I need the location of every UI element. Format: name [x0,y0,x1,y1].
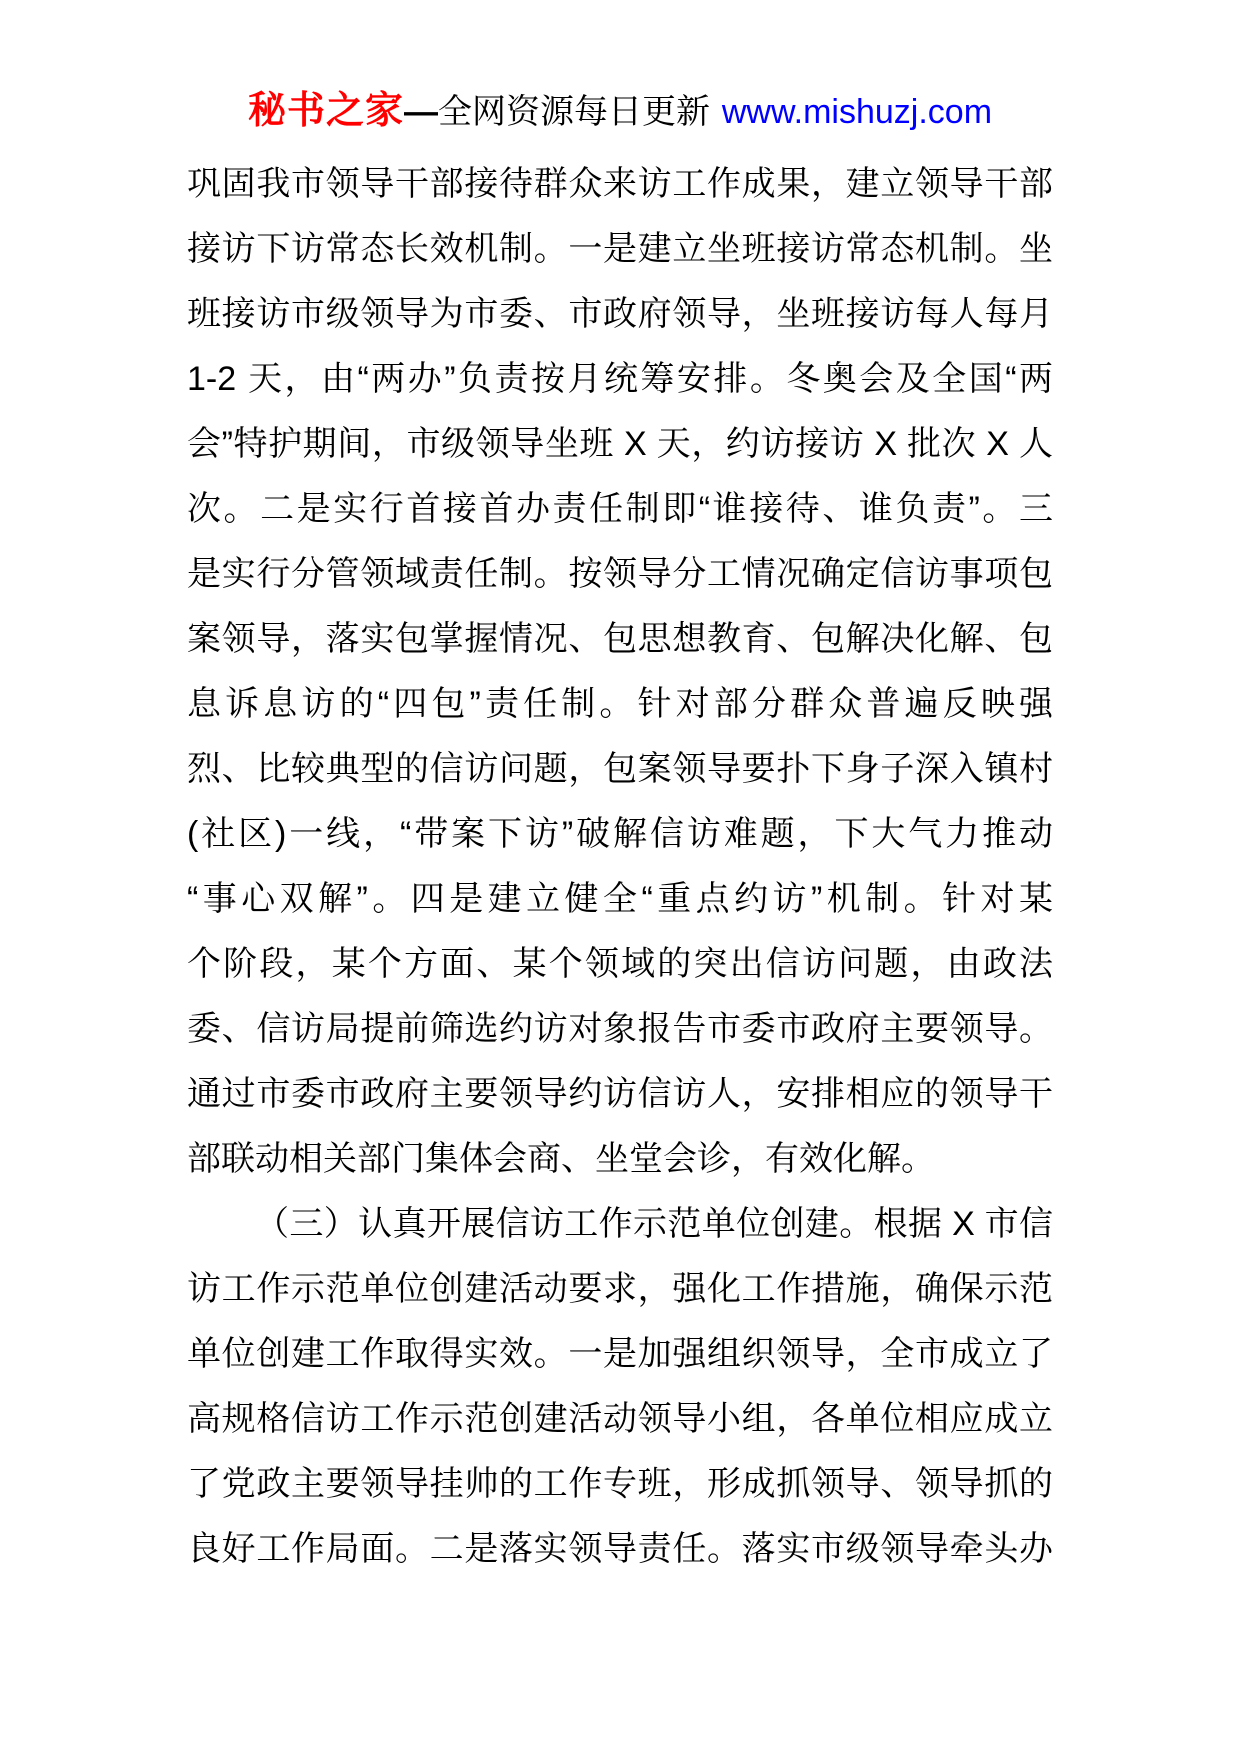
header-separator: — [404,93,438,131]
text-line: 高规格信访工作示范创建活动领导小组，各单位相应成立 [187,1387,1053,1452]
text-line: 案领导，落实包掌握情况、包思想教育、包解决化解、包 [187,607,1053,672]
page-header: 秘书之家—全网资源每日更新www.mishuzj.com [0,92,1240,130]
text-line: 接访下访常态长效机制。一是建立坐班接访常态机制。坐 [187,217,1053,282]
site-tagline: 全网资源每日更新 [438,93,710,131]
text-line: 了党政主要领导挂帅的工作专班，形成抓领导、领导抓的 [187,1452,1053,1517]
text-line: 通过市委市政府主要领导约访信访人，安排相应的领导干 [187,1062,1053,1127]
text-line: 会”特护期间，市级领导坐班 X 天，约访接访 X 批次 X 人 [187,412,1053,477]
text-line: 是实行分管领域责任制。按领导分工情况确定信访事项包 [187,542,1053,607]
text-line: 次。二是实行首接首办责任制即“谁接待、谁负责”。三 [187,477,1053,542]
text-line: 良好工作局面。二是落实领导责任。落实市级领导牵头办 [187,1517,1053,1582]
paragraph: 巩固我市领导干部接待群众来访工作成果，建立领导干部接访下访常态长效机制。一是建立… [187,152,1053,1192]
text-line: 个阶段，某个方面、某个领域的突出信访问题，由政法 [187,932,1053,997]
text-line: 烈、比较典型的信访问题，包案领导要扑下身子深入镇村 [187,737,1053,802]
document-body: 巩固我市领导干部接待群众来访工作成果，建立领导干部接访下访常态长效机制。一是建立… [187,152,1053,1582]
text-line: 部联动相关部门集体会商、坐堂会诊，有效化解。 [187,1127,1053,1192]
site-url[interactable]: www.mishuzj.com [722,93,992,131]
document-page: 秘书之家—全网资源每日更新www.mishuzj.com 巩固我市领导干部接待群… [0,0,1240,1754]
text-line: 委、信访局提前筛选约访对象报告市委市政府主要领导。 [187,997,1053,1062]
text-line: 班接访市级领导为市委、市政府领导，坐班接访每人每月 [187,282,1053,347]
site-name: 秘书之家 [248,90,404,132]
paragraph: （三）认真开展信访工作示范单位创建。根据 X 市信访工作示范单位创建活动要求，强… [187,1192,1053,1582]
text-line: “事心双解”。四是建立健全“重点约访”机制。针对某 [187,867,1053,932]
text-line: 巩固我市领导干部接待群众来访工作成果，建立领导干部 [187,152,1053,217]
text-line: (社区)一线，“带案下访”破解信访难题，下大气力推动 [187,802,1053,867]
text-line: 单位创建工作取得实效。一是加强组织领导，全市成立了 [187,1322,1053,1387]
text-line: （三）认真开展信访工作示范单位创建。根据 X 市信 [187,1192,1053,1257]
text-line: 1-2 天，由“两办”负责按月统筹安排。冬奥会及全国“两 [187,347,1053,412]
text-line: 访工作示范单位创建活动要求，强化工作措施，确保示范 [187,1257,1053,1322]
text-line: 息诉息访的“四包”责任制。针对部分群众普遍反映强 [187,672,1053,737]
